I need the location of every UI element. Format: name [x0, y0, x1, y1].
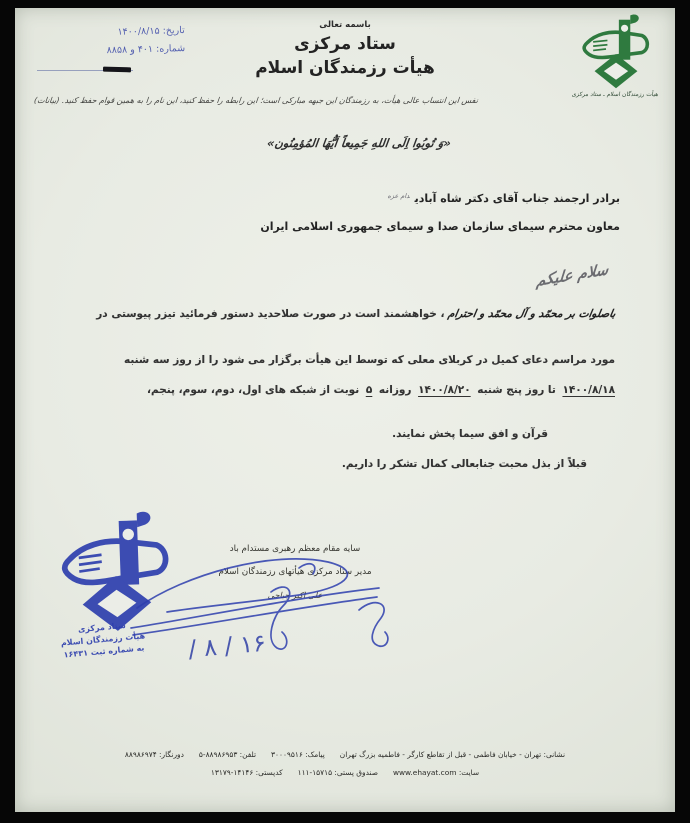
end-date: ۱۴۰۰/۸/۲۰ [418, 384, 471, 396]
body-line-3-mid2: روزانه [379, 384, 412, 396]
org-emblem-icon [575, 14, 657, 94]
body-line-1: باصلوات بر محمّد و آل محمّد و احترام، خو… [93, 308, 615, 320]
footer-website: سایت: www.ehayat.com [393, 768, 479, 777]
daily-count: ۵ [366, 384, 372, 396]
footer-line-1: نشانی: تهران - خیابان فاطمی - قبل از تقا… [15, 750, 675, 759]
quran-verse: «وَ تُوبُوا اِلَی اللهِ جَمِیعاً اَیُّهَ… [28, 136, 690, 150]
footer-phone: تلفن: ۸۸۹۸۶۹۵۳-۵ [199, 750, 256, 759]
letter-page: تاریخ: ۱۴۰۰/۸/۱۵ شماره: ۴۰۱ و ۸۸۵۸ باسمه… [15, 8, 675, 812]
body-line-3-mid: تا روز پنج شنبه [477, 384, 556, 396]
start-date: ۱۴۰۰/۸/۱۸ [562, 384, 615, 396]
signature-line-1: سایه مقام معظم رهبری مستدام باد [183, 538, 407, 561]
footer-line-2: سایت: www.ehayat.com صندوق پستی: ۱۵۷۱۵-۱… [15, 768, 675, 777]
signature-title-block: سایه مقام معظم رهبری مستدام باد مدیر ستا… [183, 538, 407, 607]
body-line-3: ۱۴۰۰/۸/۱۸ تا روز پنج شنبه ۱۴۰۰/۸/۲۰ روزا… [144, 384, 615, 396]
handwritten-salutation: سلام علیکم [536, 260, 609, 290]
letterhead-slogan: نفس این انتساب عالی هیأت، به رزمندگان ای… [34, 96, 650, 105]
footer-pobox: صندوق پستی: ۱۵۷۱۵-۱۱۱ [298, 768, 378, 777]
recipient-line2: معاون محترم سیمای سازمان صدا و سیمای جمه… [260, 220, 620, 233]
honorific-annotation: دام عزه [387, 192, 409, 200]
scanned-letter-frame: تاریخ: ۱۴۰۰/۸/۱۵ شماره: ۴۰۱ و ۸۸۵۸ باسمه… [0, 0, 690, 823]
footer-fax: دورنگار: ۸۸۹۸۶۹۷۴ [125, 750, 184, 759]
body-line-4: قرآن و افق سیما پخش نمایند. [392, 428, 548, 440]
footer-address: نشانی: تهران - خیابان فاطمی - قبل از تقا… [340, 750, 565, 759]
footer-postalcode: کدپستی: ۱۴۱۴۶-۱۳۱۷۹ [211, 768, 283, 777]
signatory-name: علی اکبر جباحی [183, 584, 407, 607]
footer-sms: پیامک: ۳۰۰۰۹۵۱۶ [271, 750, 325, 759]
signature-line-2: مدیر ستاد مرکزی هیأتهای رزمندگان اسلام [183, 561, 407, 584]
body-line-3-rest: نوبت از شبکه های اول، دوم، سوم، پنجم، [147, 384, 359, 396]
body-line-2: مورد مراسم دعای کمیل در کربلای معلی که ت… [124, 354, 615, 366]
recipient-line1: برادر ارجمند جناب آقای دکتر شاه آبادیدام… [387, 192, 620, 205]
recipient-name: برادر ارجمند جناب آقای دکتر شاه آبادی [415, 192, 620, 205]
salavat-calligraphy: باصلوات بر محمّد و آل محمّد و احترام [446, 308, 616, 320]
body-line-5: قبلاً از بذل محبت جنابعالی کمال تشکر را … [342, 458, 587, 470]
body-line-1-text: ، خواهشمند است در صورت صلاحدید دستور فرم… [96, 308, 444, 320]
